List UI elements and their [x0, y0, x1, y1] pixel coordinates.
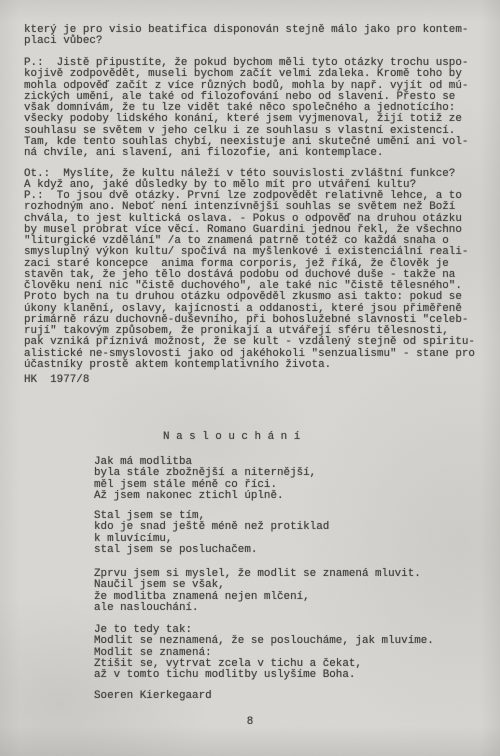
poem-stanza-4: Je to tedy tak: Modlit se neznamená, že … — [94, 625, 434, 681]
interview-answer-2: P.: To jsou dvě otázky. První lze zodpov… — [24, 191, 492, 371]
poem-stanza-1: Jak má modlitba byla stále zbožnější a n… — [94, 457, 316, 502]
intro-fragment: který je pro visio beatifica disponován … — [24, 25, 486, 48]
interview-answer-1: P.: Jistě připustíte, že pokud bychom mě… — [24, 58, 486, 159]
poem-stanza-2: Stal jsem se tím, kdo je snad ještě méně… — [94, 511, 329, 556]
journal-reference: HK 1977/8 — [24, 375, 89, 386]
page-number: 8 — [0, 717, 500, 728]
poem-title: N a s l o u c h á n í — [163, 432, 300, 443]
interview-question-2: Ot.: Myslíte, že kultu náleží v této sou… — [24, 169, 486, 192]
poem-author: Soeren Kierkegaard — [94, 691, 212, 702]
poem-stanza-3: Zprvu jsem si myslel, že modlit se zname… — [94, 569, 421, 614]
scanned-page: který je pro visio beatifica disponován … — [0, 0, 500, 756]
